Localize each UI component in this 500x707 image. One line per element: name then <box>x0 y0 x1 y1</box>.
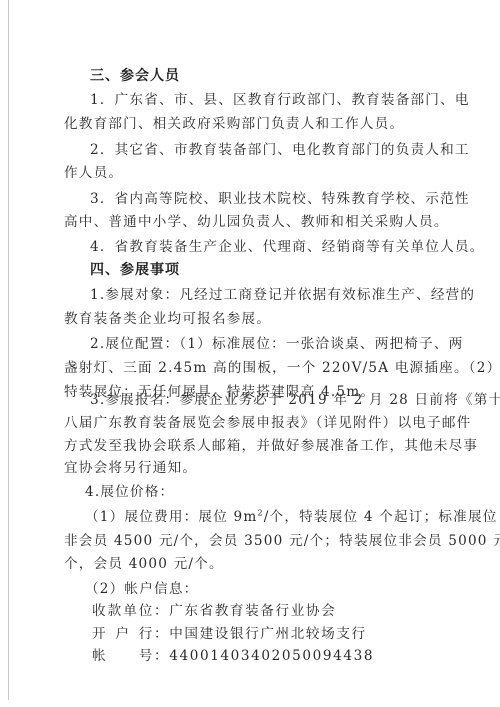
account-info-heading: （2）帐户信息： <box>85 578 432 600</box>
attendee-item-3-line-2: 高中、普通中小学、幼儿园负责人、教师和相关采购人员。 <box>64 211 432 233</box>
account-row-number: 帐 号：44001403402050094438 <box>92 645 432 667</box>
registration-line-4: 宜协会将另行通知。 <box>64 457 432 479</box>
attendee-item-4: 4．省教育装备生产企业、代理商、经销商等有关单位人员。 <box>90 236 432 258</box>
account-row-bank: 开 户 行：中国建设银行广州北较场支行 <box>92 623 432 645</box>
account-value-payee: ：广东省教育装备行业协会 <box>154 603 336 619</box>
page-edge-border <box>8 0 9 700</box>
attendee-item-1-line-2: 化教育部门、相关政府采购部门负责人和工作人员。 <box>64 113 432 135</box>
account-label-bank: 开 户 行 <box>92 623 154 645</box>
registration-line-2: 八届广东教育装备展览会参展申报表》（详见附件）以电子邮件 <box>64 412 432 434</box>
registration-line-1: 3.参展报名：参展企业务必于 2019 年 2 月 28 日前将《第十 <box>90 389 432 411</box>
booth-fee-line-1: （1）展位费用：展位 9m2/个，特装展位 4 个起订；标准展位 <box>85 506 432 528</box>
attendee-item-1-line-1: 1．广东省、市、县、区教育行政部门、教育装备部门、电 <box>90 89 432 111</box>
registration-line-3: 方式发至我协会联系人邮箱，并做好参展准备工作，其他未尽事 <box>64 435 432 457</box>
exhibitor-eligibility-line-2: 教育装备类企业均可报名参展。 <box>64 308 432 330</box>
account-label-payee: 收款单位 <box>92 600 154 622</box>
booth-fee-line-1-pre: （1）展位费用：展位 9m <box>85 509 257 525</box>
account-value-number: ：44001403402050094438 <box>154 648 374 664</box>
section-heading-exhibition: 四、参展事项 <box>90 259 432 281</box>
attendee-item-2-line-2: 作人员。 <box>64 162 432 184</box>
account-row-payee: 收款单位：广东省教育装备行业协会 <box>92 600 432 622</box>
booth-config-line-1: 2.展位配置：（1）标准展位：一张洽谈桌、两把椅子、两 <box>90 333 432 355</box>
booth-config-line-2: 盏射灯、三面 2.45m 高的围板，一个 220V/5A 电源插座。（2） <box>64 357 432 379</box>
attendee-item-3-line-1: 3．省内高等院校、职业技术院校、特殊教育学校、示范性 <box>90 188 432 210</box>
exhibitor-eligibility-line-1: 1.参展对象：凡经过工商登记并依据有效标准生产、经营的 <box>90 284 432 306</box>
booth-price-heading: 4.展位价格： <box>85 481 432 503</box>
account-label-number: 帐 号 <box>92 645 154 667</box>
section-heading-attendees: 三、参会人员 <box>90 65 432 87</box>
booth-fee-line-3: 个，会员 4000 元/个。 <box>64 553 432 575</box>
attendee-item-2-line-1: 2．其它省、市教育装备部门、电化教育部门的负责人和工 <box>90 139 432 161</box>
booth-fee-line-1-post: /个，特装展位 4 个起订；标准展位 <box>264 509 498 525</box>
account-value-bank: ：中国建设银行广州北较场支行 <box>154 626 367 642</box>
booth-fee-line-2: 非会员 4500 元/个，会员 3500 元/个；特装展位非会员 5000 元/ <box>64 530 432 552</box>
